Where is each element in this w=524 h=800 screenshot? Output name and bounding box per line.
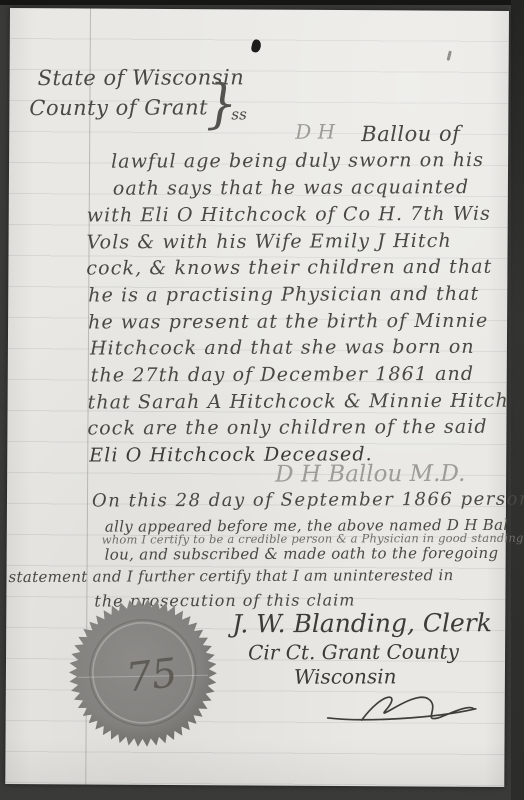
clerk-office: Cir Ct. Grant County (248, 640, 459, 665)
document-page: State of Wisconsin County of Grant } ss … (5, 8, 509, 787)
seal-number: 75 (124, 650, 180, 702)
clerk-state: Wisconsin (294, 664, 397, 688)
affiant-signature: D H Ballou M.D. (275, 461, 465, 488)
ss-label: ss (231, 105, 246, 123)
jurat-line: lou, and subscribed & made oath to the f… (105, 544, 499, 564)
ss-brace: } (205, 73, 238, 135)
affidavit-line: oath says that he was acquainted (113, 176, 469, 200)
clerk-signature: J. W. Blanding, Clerk (232, 608, 492, 638)
affidavit-line: Vols & with his Wife Emily J Hitch (87, 230, 452, 254)
ink-blot (250, 39, 262, 54)
affidavit-line: he is a practising Physician and that (88, 283, 479, 307)
seal-graphic: 75 (67, 597, 218, 748)
affidavit-line: with Eli O Hitchcock of Co H. 7th Wis (87, 203, 491, 227)
jurat-line: On this 28 day of September 1866 person (92, 489, 524, 512)
affidavit-line: Hitchcock and that she was born on (90, 336, 475, 360)
jurat-line: statement and I further certify that I a… (8, 566, 453, 586)
affidavit-line: cock are the only children of the said (87, 416, 487, 440)
affiant-name-opening: Ballou of (361, 122, 460, 146)
scan-border-top (0, 0, 524, 5)
affidavit-line: lawful age being duly sworn on his (111, 149, 484, 173)
stray-pen-mark (447, 50, 452, 60)
inserted-initials: D H (295, 120, 335, 144)
scan-border-right (511, 0, 524, 800)
affidavit-line: the 27th day of December 1861 and (91, 363, 474, 387)
paraph-path (328, 697, 476, 721)
clerk-paraph-flourish (324, 688, 484, 731)
county-line: County of Grant (29, 95, 208, 120)
notary-seal: 75 (67, 597, 218, 748)
affidavit-line: that Sarah A Hitchcock & Minnie Hitch (88, 390, 509, 414)
affidavit-line: cock, & knows their children and that (86, 256, 492, 280)
affidavit-line: he was present at the birth of Minnie (88, 310, 488, 334)
